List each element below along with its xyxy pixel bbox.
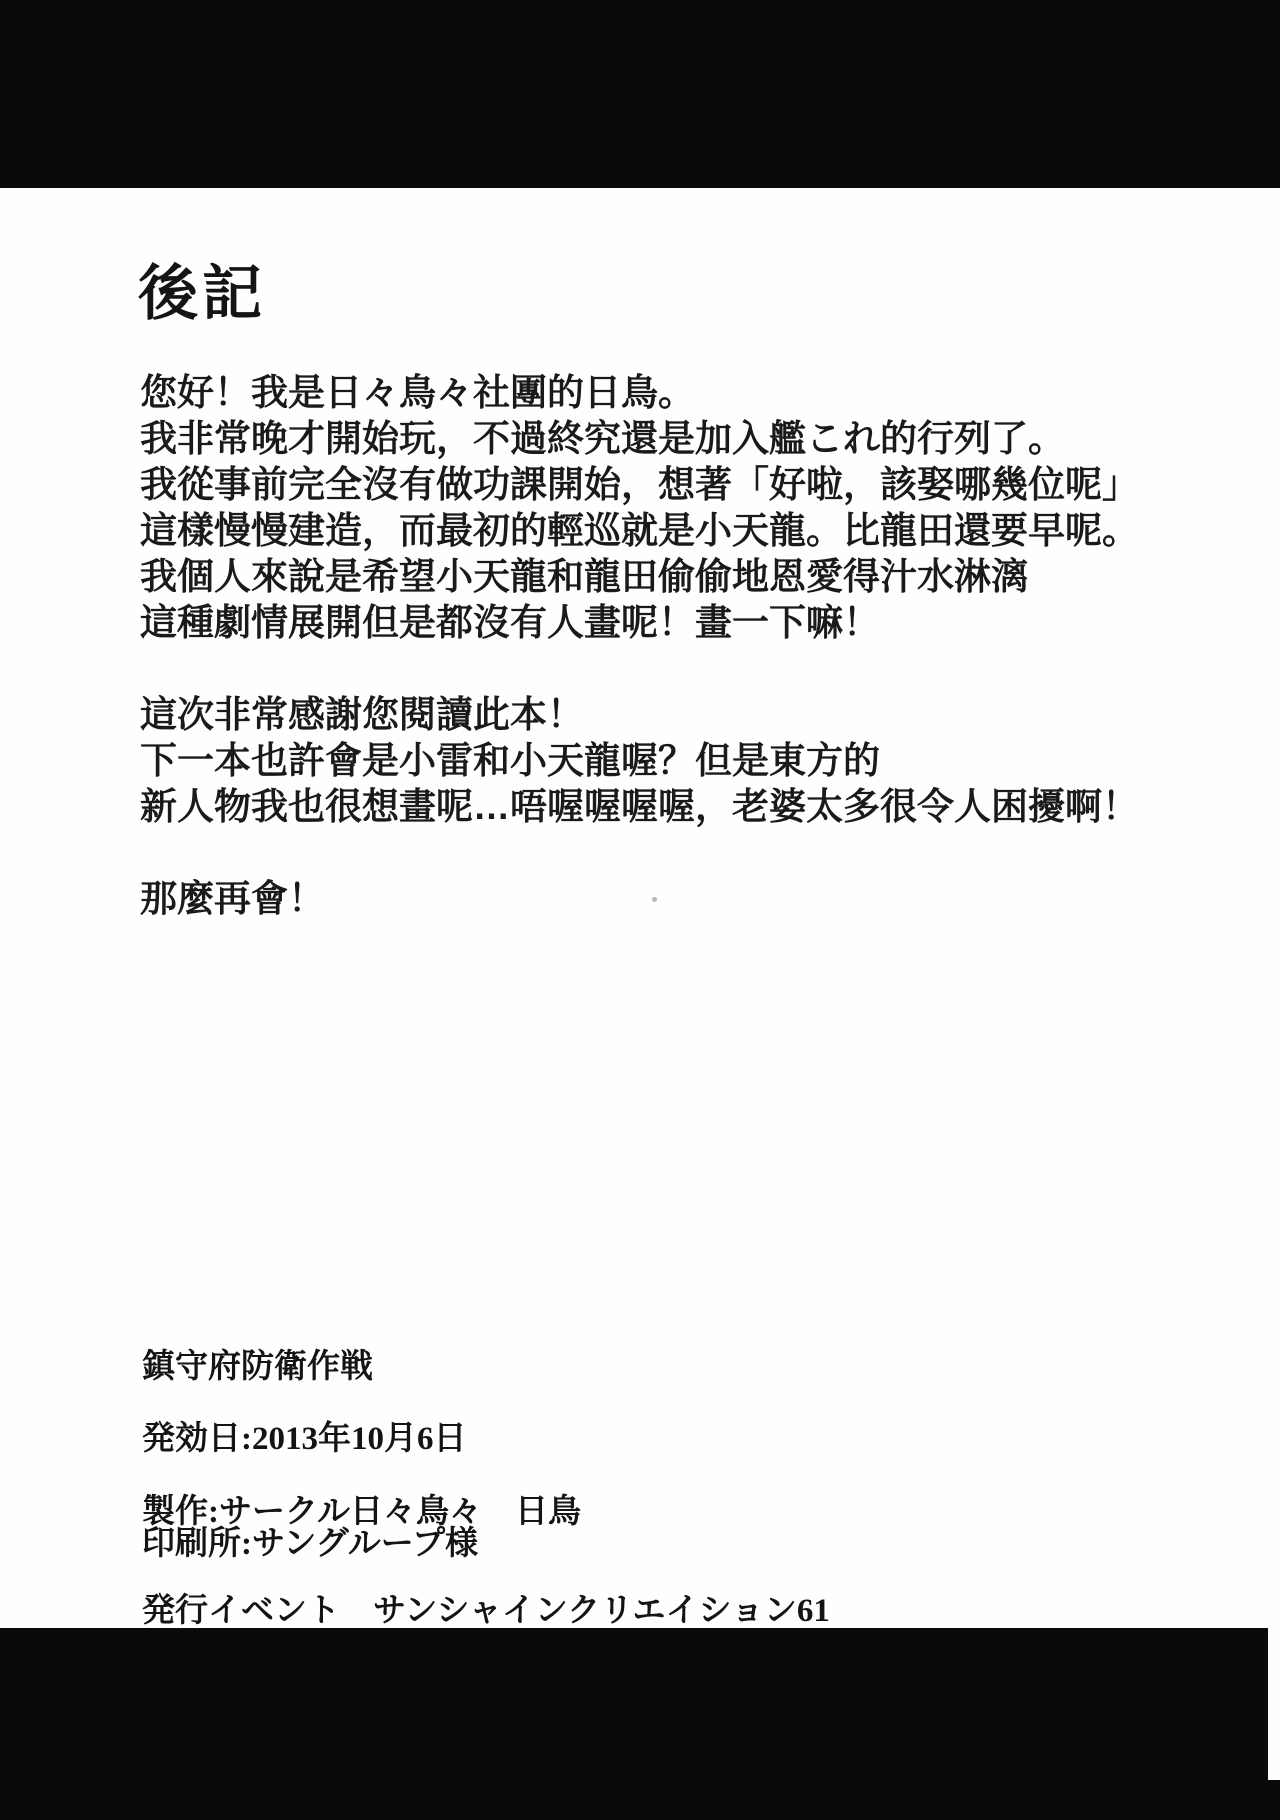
text-line: 我個人來說是希望小天龍和龍田偷偷地恩愛得汁水淋漓: [140, 554, 1220, 600]
text-line: 您好！我是日々鳥々社團的日鳥。: [140, 370, 1220, 416]
paragraph-3: 那麼再會！: [140, 876, 1220, 922]
text-line: 這次非常感謝您閱讀此本！: [140, 692, 1220, 738]
colophon-production: 製作:サークル日々鳥々 日鳥: [142, 1485, 581, 1532]
text-line: 我非常晚才開始玩，不過終究還是加入艦これ的行列了。: [140, 416, 1220, 462]
colophon-printer: 印刷所:サングループ様: [142, 1517, 478, 1564]
bottom-black-bar: [0, 1628, 1280, 1820]
colophon-work-title: 鎮守府防衛作戦: [142, 1340, 373, 1387]
colophon-issue-date: 発効日:2013年10月6日: [142, 1412, 467, 1459]
text-line: 這種劇情展開但是都沒有人畫呢！畫一下嘛！: [140, 600, 1220, 646]
top-black-bar: [0, 0, 1280, 188]
paragraph-2: 這次非常感謝您閱讀此本！ 下一本也許會是小雷和小天龍喔？但是東方的 新人物我也很…: [140, 692, 1220, 830]
colophon-event: 発行イベント サンシャインクリエイション61: [142, 1584, 830, 1631]
paragraph-1: 您好！我是日々鳥々社團的日鳥。 我非常晚才開始玩，不過終究還是加入艦これ的行列了…: [140, 370, 1220, 646]
text-line: 我從事前完全沒有做功課開始，想著「好啦，該娶哪幾位呢」: [140, 462, 1220, 508]
scan-speck: [652, 897, 657, 902]
afterword-body: 您好！我是日々鳥々社團的日鳥。 我非常晚才開始玩，不過終究還是加入艦これ的行列了…: [140, 370, 1220, 968]
scanned-afterword-page: 後記 您好！我是日々鳥々社團的日鳥。 我非常晚才開始玩，不過終究還是加入艦これ的…: [0, 0, 1280, 1820]
text-line: 下一本也許會是小雷和小天龍喔？但是東方的: [140, 738, 1220, 784]
text-line: 新人物我也很想畫呢…唔喔喔喔喔，老婆太多很令人困擾啊！: [140, 784, 1220, 830]
scan-white-notch: [1268, 1628, 1280, 1780]
page-title: 後記: [138, 246, 266, 332]
text-line: 那麼再會！: [140, 876, 1220, 922]
text-line: 這樣慢慢建造，而最初的輕巡就是小天龍。比龍田還要早呢。: [140, 508, 1220, 554]
